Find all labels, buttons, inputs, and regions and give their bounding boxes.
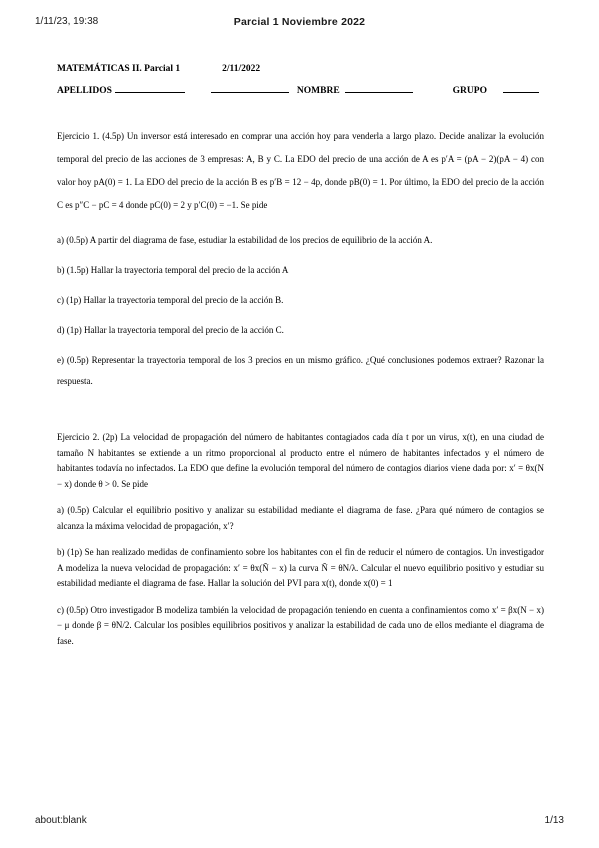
name-blank-line	[345, 83, 413, 93]
surname-blank-line	[115, 83, 185, 93]
exercise1-item-c: c) (1p) Hallar la trayectoria temporal d…	[57, 290, 544, 311]
exercise1-item-e: e) (0.5p) Representar la trayectoria tem…	[57, 350, 544, 392]
group-blank-line	[503, 83, 539, 93]
exercise2-item-c: c) (0.5p) Otro investigador B modeliza t…	[57, 603, 544, 650]
exercise2-item-a: a) (0.5p) Calcular el equilibrio positiv…	[57, 503, 544, 534]
exercise2-intro: Ejercicio 2. (2p) La velocidad de propag…	[57, 430, 544, 492]
exam-date: 2/11/2022	[222, 64, 260, 74]
course-title: MATEMÁTICAS II. Parcial 1	[57, 64, 180, 74]
exam-document: MATEMÁTICAS II. Parcial 1 2/11/2022 APEL…	[57, 0, 544, 649]
student-form-line: APELLIDOS NOMBRE GRUPO	[57, 83, 544, 96]
exercise1-item-d: d) (1p) Hallar la trayectoria temporal d…	[57, 320, 544, 341]
course-line: MATEMÁTICAS II. Parcial 1 2/11/2022	[57, 64, 544, 74]
exercise1-intro: Ejercicio 1. (4.5p) Un inversor está int…	[57, 125, 544, 217]
print-source-url: about:blank	[35, 815, 87, 826]
print-preview-page: 1/11/23, 19:38 Parcial 1 Noviembre 2022 …	[0, 0, 599, 848]
print-footer: about:blank 1/13	[35, 815, 564, 826]
exercise1-item-a: a) (0.5p) A partir del diagrama de fase,…	[57, 230, 544, 251]
surname-blank-line-2	[211, 83, 289, 93]
surname-label: APELLIDOS	[57, 86, 112, 96]
exercise1-item-b: b) (1.5p) Hallar la trayectoria temporal…	[57, 260, 544, 281]
page-indicator: 1/13	[545, 815, 564, 826]
exercise2-item-b: b) (1p) Se han realizado medidas de conf…	[57, 545, 544, 592]
group-label: GRUPO	[453, 86, 487, 96]
name-label: NOMBRE	[297, 86, 340, 96]
